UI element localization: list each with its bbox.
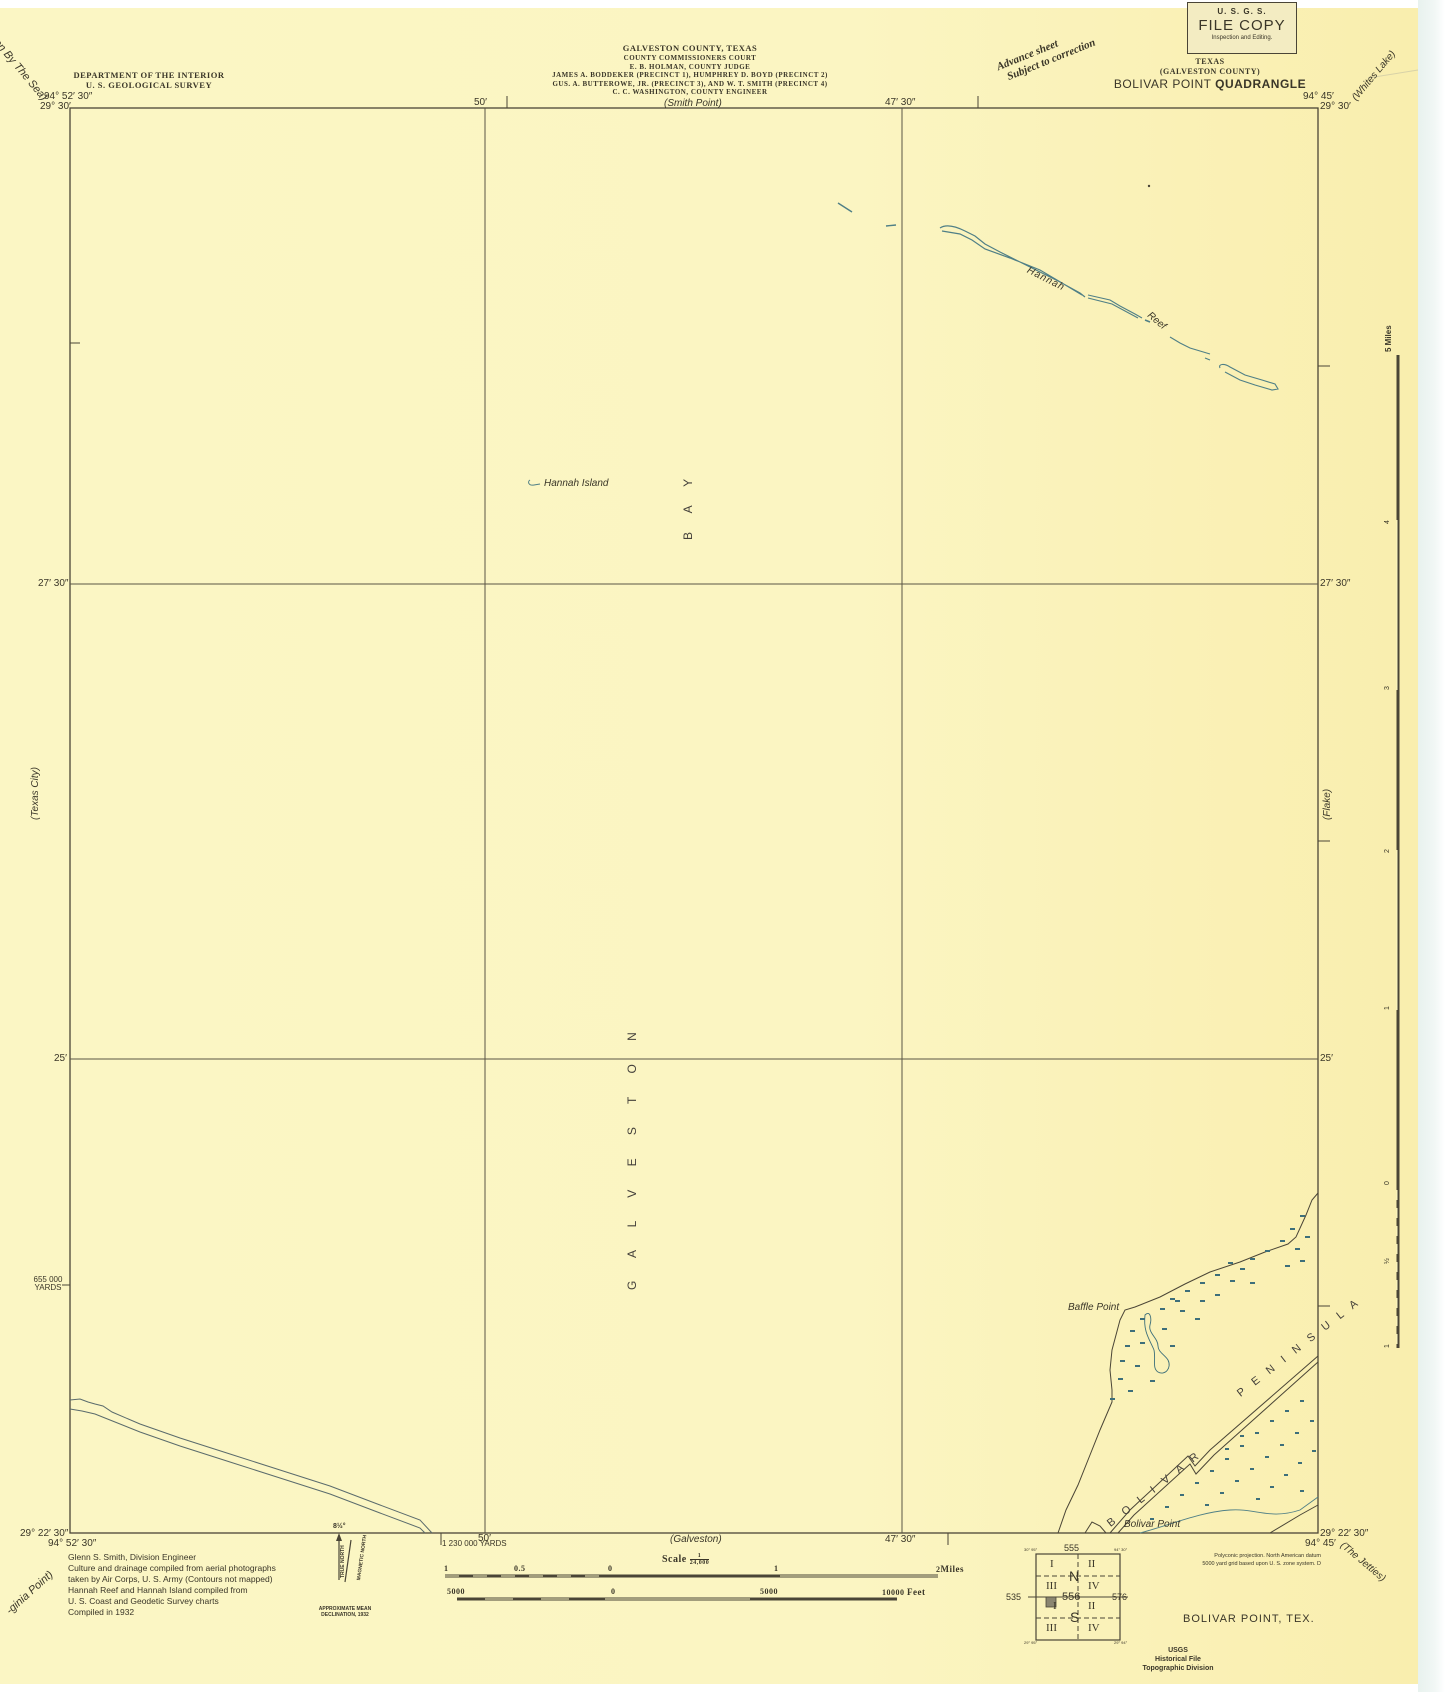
- credit-line3: taken by Air Corps, U. S. Army (Contours…: [68, 1574, 276, 1585]
- top-tick-47-30: 47′ 30″: [885, 97, 915, 108]
- right-tick-27-30: 27′ 30″: [1320, 578, 1350, 589]
- index-corner-tr: 94° 30°: [1114, 1547, 1127, 1552]
- true-north-label: TRUE NORTH: [340, 1545, 346, 1578]
- declination-caption2: DECLINATION, 1932: [305, 1612, 385, 1618]
- scale-title: Scale 1 24,000: [662, 1553, 709, 1566]
- label-bolivar-point: Bolivar Point: [1124, 1519, 1180, 1530]
- map-linework: [0, 0, 1445, 1692]
- grid-west-unit: YARDS: [28, 1284, 68, 1292]
- sw-longitude: 94° 52′ 30″: [48, 1538, 96, 1549]
- credit-line1: Glenn S. Smith, Division Engineer: [68, 1552, 276, 1563]
- side-scale-2: 2: [1384, 849, 1391, 853]
- miles-tick-1: 1: [774, 1564, 779, 1573]
- scale-label: Scale: [662, 1554, 687, 1565]
- label-bay: B A Y: [681, 471, 695, 540]
- scale-numerator: 1: [690, 1553, 710, 1560]
- adjacent-west: (Texas City): [30, 767, 41, 820]
- index-left: 535: [1006, 1592, 1021, 1602]
- index-cell-1: I: [1050, 1558, 1054, 1570]
- archive-line1: USGS: [1128, 1646, 1228, 1655]
- grid-south-unit: YARDS: [480, 1539, 507, 1548]
- county-block: GALVESTON COUNTY, TEXAS COUNTY COMMISSIO…: [530, 43, 850, 97]
- index-cell-4: IV: [1088, 1580, 1100, 1592]
- index-cell-7: III: [1046, 1622, 1057, 1634]
- nw-latitude: 29° 30′: [40, 101, 71, 112]
- archive-line3: Topographic Division: [1128, 1664, 1228, 1673]
- left-tick-25: 25′: [54, 1053, 67, 1064]
- adjacent-east: (Flake): [1322, 789, 1333, 820]
- credit-line4: Hannah Reef and Hannah Island compiled f…: [68, 1585, 276, 1596]
- stamp-line3: Inspection and Editing.: [1188, 35, 1296, 41]
- projection-note: Polyconic projection. North American dat…: [1166, 1552, 1321, 1568]
- label-hannah-island: Hannah Island: [544, 478, 609, 489]
- agency-line1: DEPARTMENT OF THE INTERIOR: [64, 70, 234, 80]
- feet-tick-5000: 5000: [760, 1587, 778, 1596]
- grid-south-value: 1 230 000: [442, 1539, 478, 1548]
- feet-tick-10000: 10000 Feet: [882, 1587, 925, 1597]
- county-engineer: C. C. WASHINGTON, COUNTY ENGINEER: [530, 88, 850, 97]
- index-corner-br: 29° 94°: [1114, 1640, 1127, 1645]
- miles-tick-1-left: 1: [444, 1564, 449, 1573]
- scale-fraction: 1 24,000: [690, 1553, 710, 1566]
- miles-unit: Miles: [941, 1564, 965, 1574]
- grid-tick-west: 655 000 YARDS: [28, 1276, 68, 1292]
- credit-line6: Compiled in 1932: [68, 1607, 276, 1618]
- marsh-symbols: [1110, 1215, 1316, 1520]
- stamp-line1: U. S. G. S.: [1188, 7, 1296, 16]
- feet-tick-5000-left: 5000: [447, 1587, 465, 1596]
- label-baffle-point: Baffle Point: [1068, 1302, 1119, 1313]
- file-copy-stamp: U. S. G. S. FILE COPY Inspection and Edi…: [1187, 2, 1297, 54]
- credit-line5: U. S. Coast and Geodetic Survey charts: [68, 1596, 276, 1607]
- side-scale-1: 1: [1384, 1006, 1391, 1010]
- declination-angle: 8½°: [333, 1523, 346, 1530]
- commissioners-line1: JAMES A. BODDEKER (PRECINCT 1), HUMPHREY…: [530, 71, 850, 80]
- left-tick-27-30: 27′ 30″: [38, 578, 68, 589]
- quadrangle-title: BOLIVAR POINT QUADRANGLE: [1100, 77, 1320, 91]
- feet-tick-10000-value: 10000: [882, 1588, 905, 1597]
- archive-line2: Historical File: [1128, 1655, 1228, 1664]
- index-north: N: [1069, 1568, 1079, 1584]
- side-scale-0: 0: [1384, 1181, 1391, 1185]
- side-scale-1-left: 1: [1384, 1344, 1391, 1348]
- adjacent-south: (Galveston): [670, 1534, 722, 1545]
- index-cell-8: IV: [1088, 1622, 1100, 1634]
- agency-line2: U. S. GEOLOGICAL SURVEY: [64, 80, 234, 90]
- neatline: [70, 108, 1318, 1533]
- index-corner-tl: 30° 95°: [1024, 1547, 1037, 1552]
- archive-stamp: USGS Historical File Topographic Divisio…: [1128, 1646, 1228, 1673]
- grid-tick-south: 1 230 000 YARDS: [442, 1539, 507, 1548]
- feet-tick-0: 0: [611, 1587, 616, 1596]
- adjacent-north: (Smith Point): [664, 98, 722, 109]
- scale-bars: [445, 1576, 938, 1599]
- miles-tick-2: 2Miles: [936, 1564, 964, 1574]
- compilation-notes: Glenn S. Smith, Division Engineer Cultur…: [68, 1552, 276, 1618]
- index-center: 556: [1062, 1591, 1080, 1603]
- bottom-tick-47-30: 47′ 30″: [885, 1534, 915, 1545]
- miles-tick-0-5: 0.5: [514, 1564, 526, 1573]
- declination-caption: APPROXIMATE MEAN DECLINATION, 1932: [305, 1606, 385, 1618]
- stamp-line2: FILE COPY: [1188, 17, 1296, 34]
- quadrangle-word: QUADRANGLE: [1215, 77, 1306, 91]
- ne-latitude: 29° 30′: [1320, 101, 1351, 112]
- top-tick-50: 50′: [474, 97, 487, 108]
- side-scale-half: ½: [1384, 1258, 1391, 1264]
- index-cell-5: I: [1053, 1600, 1057, 1612]
- index-right: 576: [1112, 1592, 1127, 1602]
- side-scale-3: 3: [1384, 686, 1391, 690]
- side-scale-unit: 5 Miles: [1384, 325, 1393, 352]
- index-cell-3: III: [1046, 1580, 1057, 1592]
- index-cell-6: II: [1088, 1600, 1095, 1612]
- index-south: S: [1070, 1609, 1079, 1625]
- county-judge: E. B. HOLMAN, COUNTY JUDGE: [530, 63, 850, 72]
- quadrangle-title-block: TEXAS (GALVESTON COUNTY) BOLIVAR POINT Q…: [1100, 57, 1320, 91]
- quadrangle-name: BOLIVAR POINT: [1114, 77, 1211, 91]
- index-cell-2: II: [1088, 1558, 1095, 1570]
- feet-unit: Feet: [907, 1587, 925, 1597]
- right-tick-25: 25′: [1320, 1053, 1333, 1064]
- se-longitude: 94° 45′: [1305, 1538, 1336, 1549]
- side-scale-4: 4: [1384, 520, 1391, 524]
- miles-tick-0: 0: [608, 1564, 613, 1573]
- index-top: 555: [1064, 1543, 1079, 1553]
- sheet-name: BOLIVAR POINT, TEX.: [1183, 1613, 1315, 1625]
- state-label: TEXAS: [1100, 57, 1320, 67]
- scale-denominator: 24,000: [690, 1560, 710, 1566]
- county-paren-label: (GALVESTON COUNTY): [1100, 67, 1320, 77]
- projection-line2: 5000 yard grid based upon U. S. zone sys…: [1166, 1560, 1321, 1568]
- index-corner-bl: 29° 95°: [1024, 1640, 1037, 1645]
- credit-line2: Culture and drainage compiled from aeria…: [68, 1563, 276, 1574]
- county-court: COUNTY COMMISSIONERS COURT: [530, 54, 850, 63]
- label-galveston: G A L V E S T O N: [625, 1022, 639, 1290]
- agency-block: DEPARTMENT OF THE INTERIOR U. S. GEOLOGI…: [64, 70, 234, 90]
- county-title: GALVESTON COUNTY, TEXAS: [530, 43, 850, 54]
- commissioners-line2: GUS. A. BUTTEROWE, JR. (PRECINCT 3), AND…: [530, 80, 850, 89]
- projection-line1: Polyconic projection. North American dat…: [1166, 1552, 1321, 1560]
